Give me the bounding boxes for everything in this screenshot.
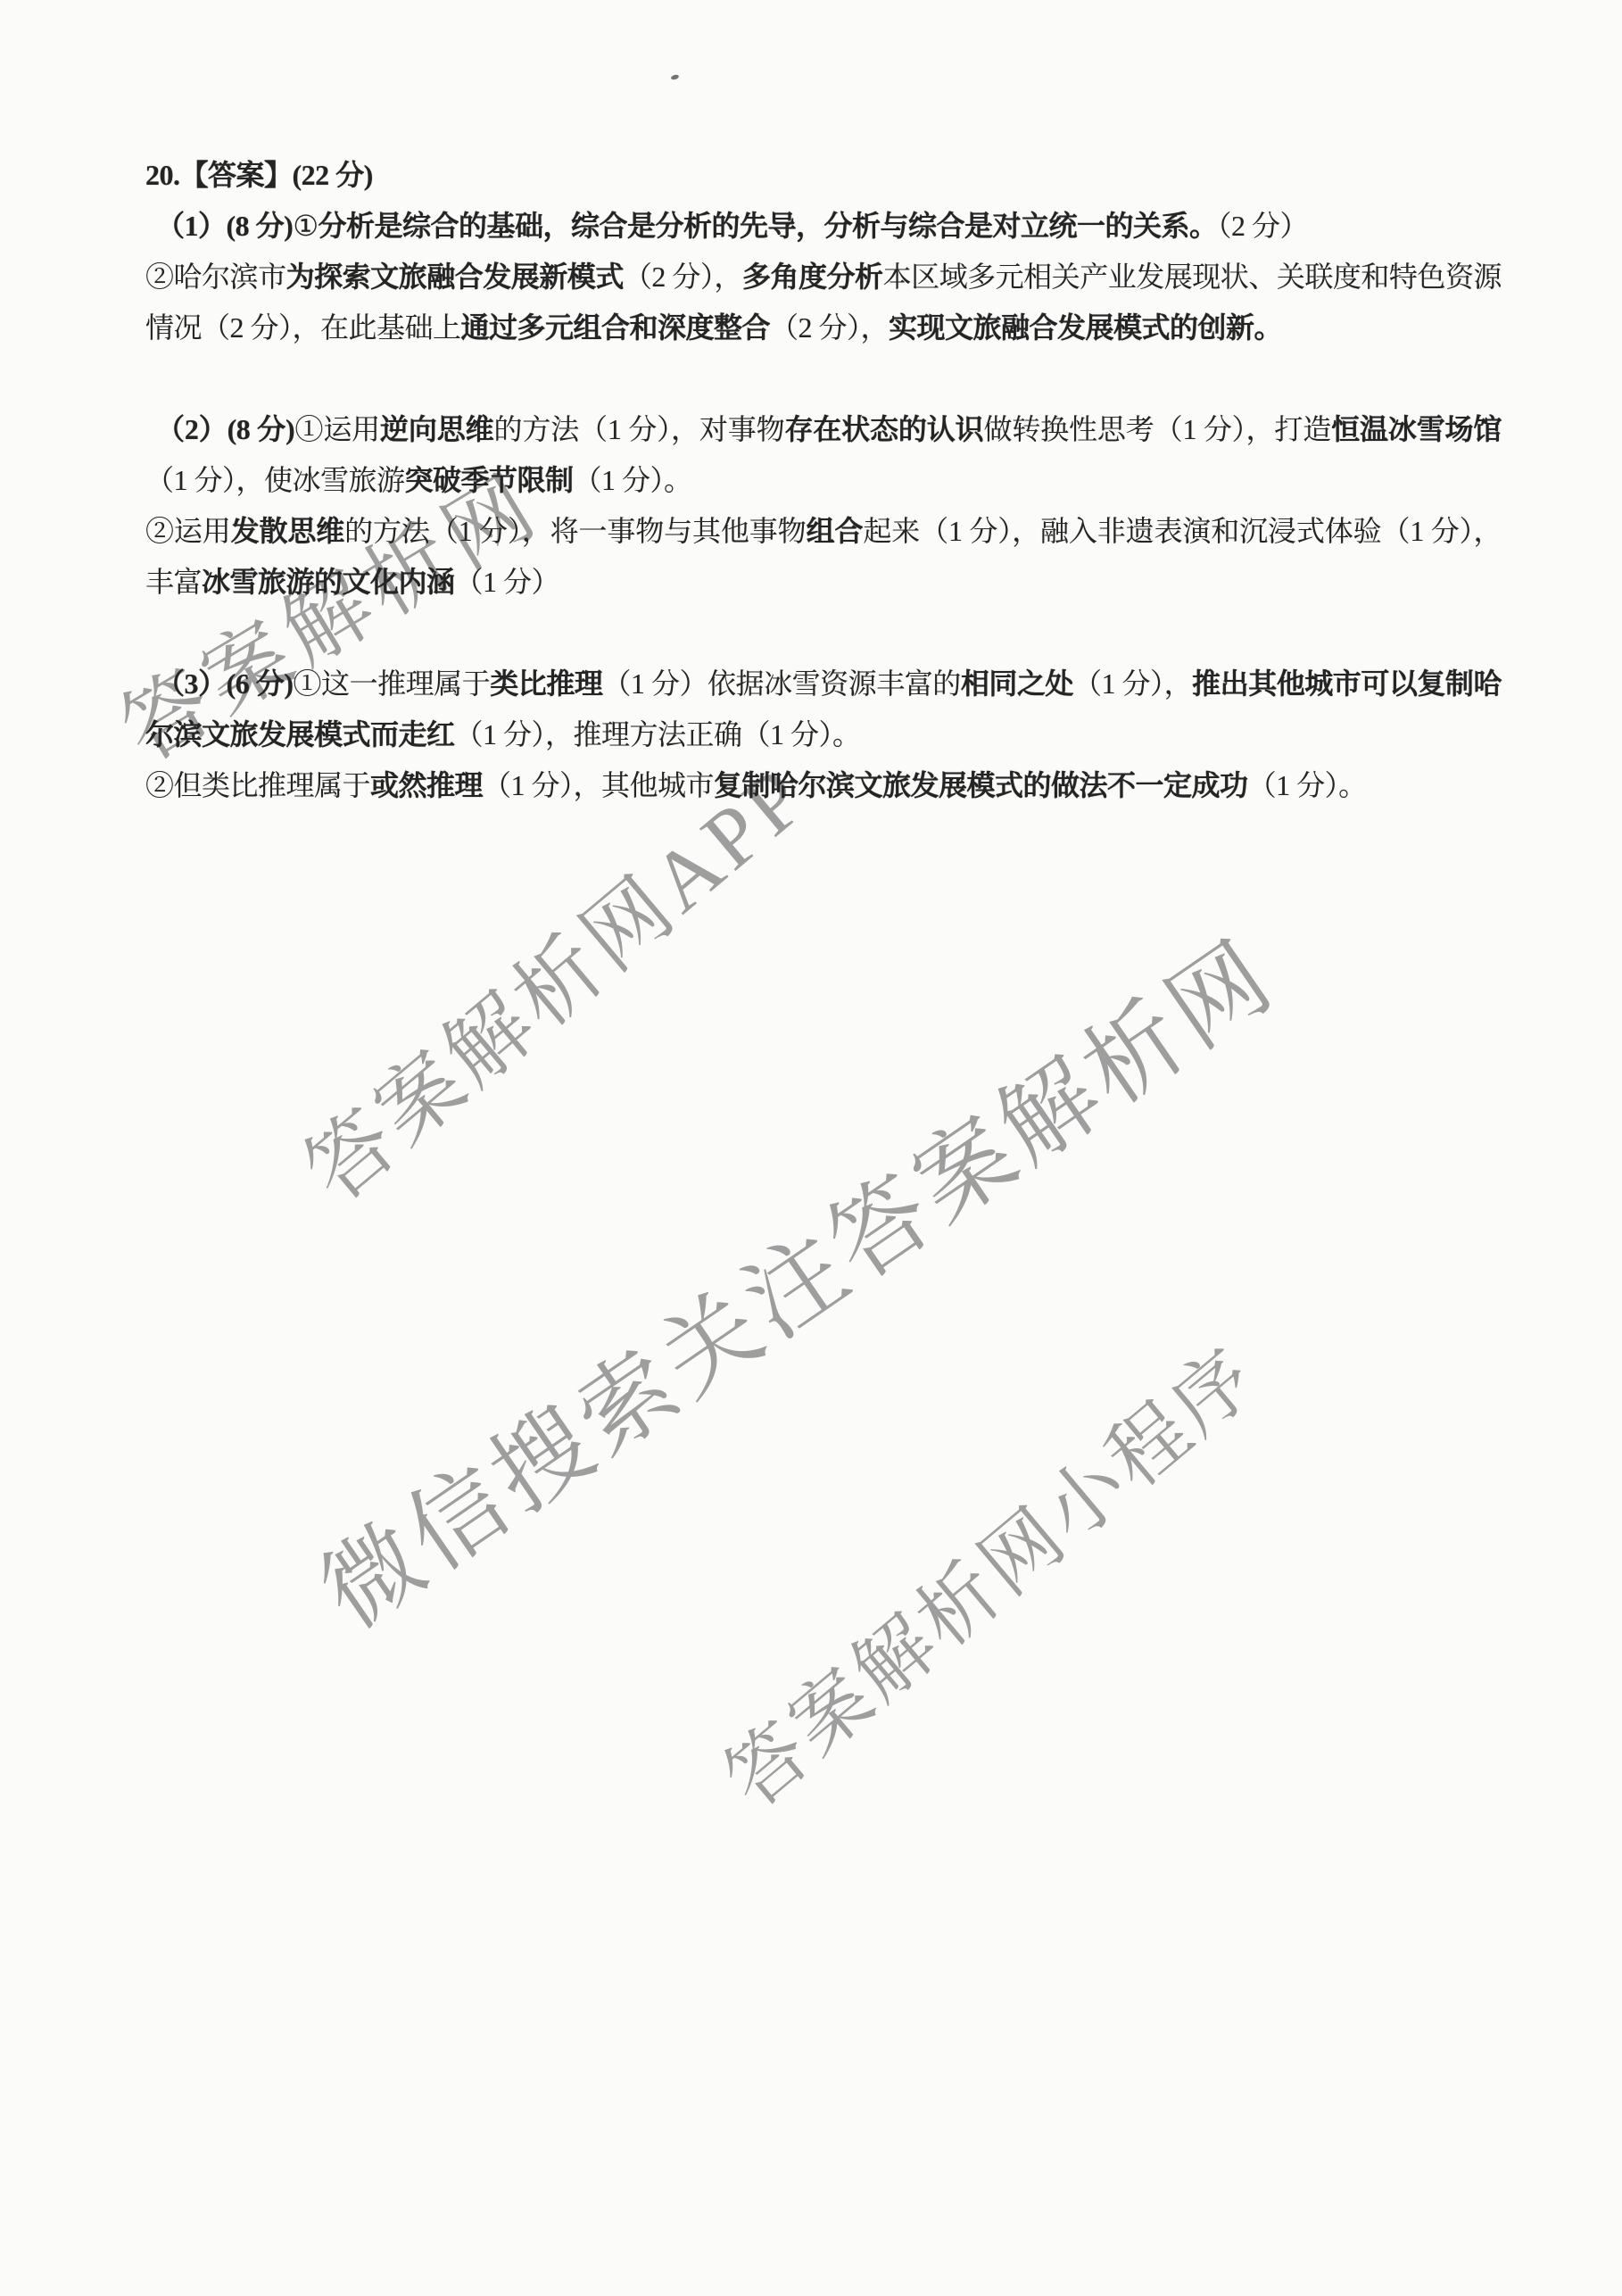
text-run: 的方法（1 分），将一事物与其他事物 [344, 515, 806, 547]
text-run: 相同之处 [961, 667, 1073, 700]
text-run: 发散思维 [231, 515, 345, 547]
text-run: 通过多元组合和深度整合 [461, 311, 771, 344]
text-run: 为探索文旅融合发展新模式 [286, 261, 624, 293]
text-run: 逆向思维 [380, 413, 493, 445]
text-run: （1 分）， [1073, 667, 1192, 700]
text-run: 或然推理 [370, 769, 483, 801]
text-run: 分析是综合的基础，综合是分析的先导，分析与综合是对立统一的关系。 [319, 210, 1218, 242]
text-run: ①运用 [294, 413, 380, 445]
text-run: ②运用 [145, 515, 231, 547]
text-run: ① [293, 210, 318, 242]
text-run: （2 分）， [624, 261, 742, 293]
text-run: （3）(6 分) [156, 667, 293, 700]
answer-part-1-point-1: （1）(8 分)①分析是综合的基础，综合是分析的先导，分析与综合是对立统一的关系… [145, 201, 1502, 252]
answer-document: 20.【答案】(22 分)（1）(8 分)①分析是综合的基础，综合是分析的先导，… [145, 150, 1502, 811]
text-run: 的方法（1 分），对事物 [493, 413, 784, 445]
text-run: ②哈尔滨市 [145, 261, 286, 293]
text-run: 恒温冰雪场馆 [1331, 413, 1502, 445]
answer-part-1-point-2: ②哈尔滨市为探索文旅融合发展新模式（2 分），多角度分析本区域多元相关产业发展现… [145, 252, 1502, 353]
text-run: 存在状态的认识 [784, 413, 983, 445]
text-run: （2）(8 分) [156, 413, 294, 445]
text-run: 组合 [807, 515, 864, 547]
watermark-wechat-search: 微信搜索关注答案解析网 [289, 900, 1297, 1654]
text-run: （1 分）。 [1248, 769, 1367, 801]
text-run: ①这一推理属于 [293, 667, 490, 700]
text-run: ②但类比推理属于 [145, 769, 370, 801]
text-run: 冰雪旅游的文化内涵 [202, 566, 455, 598]
text-run: （1 分），其他城市 [483, 769, 714, 801]
text-run: （1）(8 分) [156, 210, 293, 242]
text-run: 20.【答案】(22 分) [145, 159, 373, 191]
text-run: （1 分） [455, 566, 560, 598]
text-run: （1 分），使冰雪旅游 [145, 464, 405, 496]
answer-part-2-point-1: （2）(8 分)①运用逆向思维的方法（1 分），对事物存在状态的认识做转换性思考… [145, 404, 1502, 506]
text-run: （2 分） [1218, 210, 1309, 242]
text-run: （1 分）依据冰雪资源丰富的 [602, 667, 960, 700]
text-run: 多角度分析 [742, 261, 883, 293]
answer-part-3-point-1: （3）(6 分)①这一推理属于类比推理（1 分）依据冰雪资源丰富的相同之处（1 … [145, 659, 1502, 760]
text-run: （2 分）， [770, 311, 889, 344]
answer-part-3-point-2: ②但类比推理属于或然推理（1 分），其他城市复制哈尔滨文旅发展模式的做法不一定成… [145, 760, 1502, 811]
watermark-mini-program: 答案解析网小程序 [698, 1315, 1279, 1828]
text-run: （1 分）。 [574, 464, 692, 496]
scan-speck [670, 74, 679, 81]
text-run: 类比推理 [490, 667, 602, 700]
text-run: 做转换性思考（1 分），打造 [983, 413, 1331, 445]
text-run: 突破季节限制 [405, 464, 574, 496]
text-run: （1 分），推理方法正确（1 分）。 [455, 718, 861, 750]
text-run: 实现文旅融合发展模式的创新。 [889, 311, 1282, 344]
answer-part-2-point-2: ②运用发散思维的方法（1 分），将一事物与其他事物组合起来（1 分），融入非遗表… [145, 506, 1502, 608]
text-run: 复制哈尔滨文旅发展模式的做法不一定成功 [714, 769, 1248, 801]
question-heading: 20.【答案】(22 分) [145, 150, 1502, 201]
